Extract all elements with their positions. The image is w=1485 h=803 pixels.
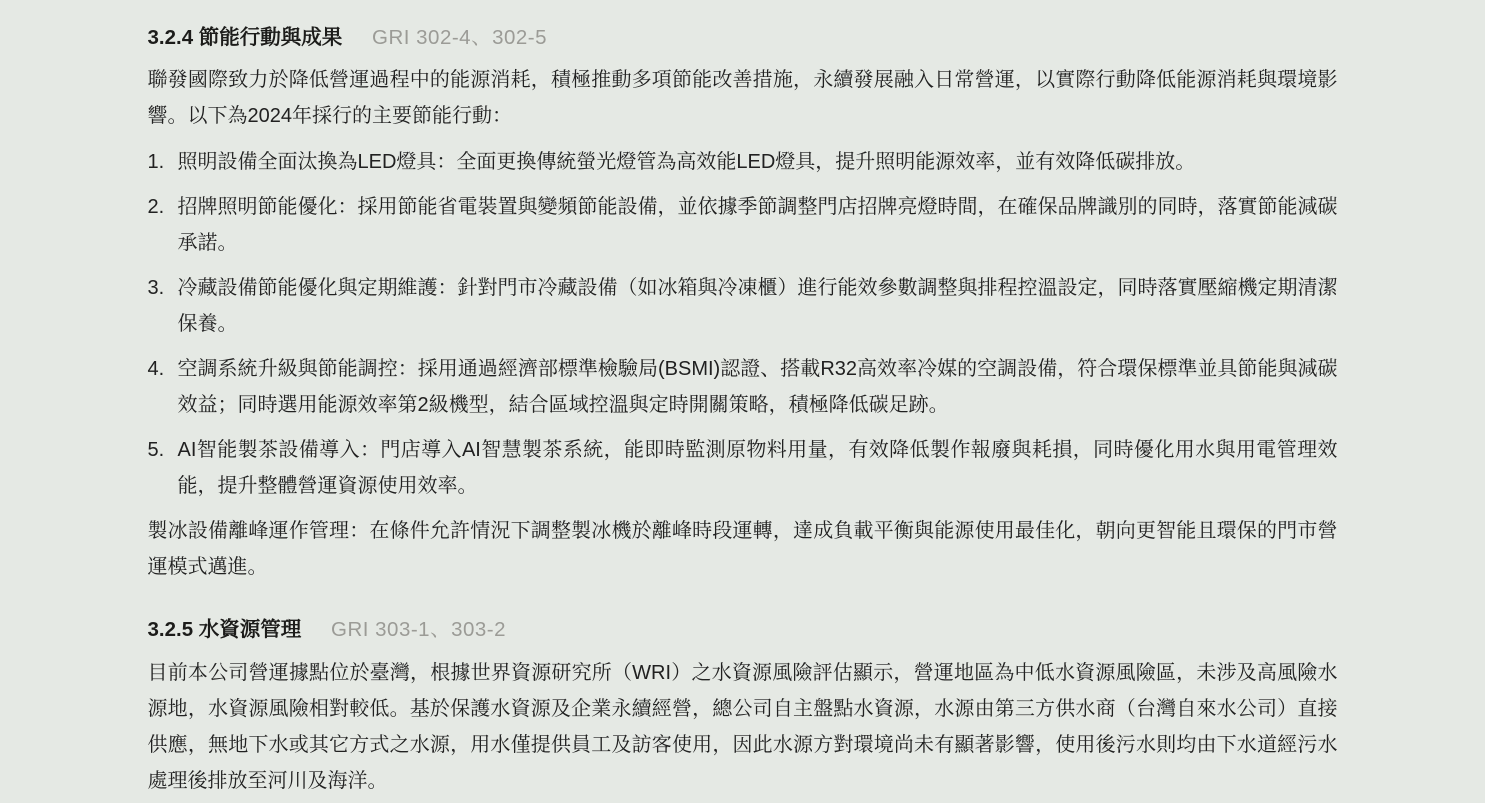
list-item-text: 冷藏設備節能優化與定期維護：針對門市冷藏設備（如冰箱與冷凍櫃）進行能效參數調整與… — [178, 277, 1338, 335]
gri-reference-badge: GRI 303-1、303-2 — [331, 618, 506, 641]
list-item-number: 5. — [148, 432, 165, 468]
energy-actions-list: 1. 照明設備全面汰換為LED燈具：全面更換傳統螢光燈管為高效能LED燈具，提升… — [148, 144, 1338, 504]
section-intro-paragraph: 目前本公司營運據點位於臺灣，根據世界資源研究所（WRI）之水資源風險評估顯示，營… — [148, 655, 1338, 799]
section-water-management: 3.2.5 水資源管理 GRI 303-1、303-2 目前本公司營運據點位於臺… — [148, 618, 1338, 799]
section-title: 3.2.5 水資源管理 — [148, 618, 302, 641]
list-item-text: 空調系統升級與節能調控：採用通過經濟部標準檢驗局(BSMI)認證、搭載R32高效… — [178, 358, 1338, 416]
list-item-number: 2. — [148, 189, 165, 225]
list-item: 4. 空調系統升級與節能調控：採用通過經濟部標準檢驗局(BSMI)認證、搭載R3… — [148, 351, 1338, 423]
gri-reference-badge: GRI 302-4、302-5 — [372, 26, 547, 49]
section-intro-paragraph: 聯發國際致力於降低營運過程中的能源消耗，積極推動多項節能改善措施，永續發展融入日… — [148, 62, 1338, 134]
list-item-number: 4. — [148, 351, 165, 387]
section-outro-paragraph: 製冰設備離峰運作管理：在條件允許情況下調整製冰機於離峰時段運轉，達成負載平衡與能… — [148, 513, 1338, 585]
report-page: 3.2.4 節能行動與成果 GRI 302-4、302-5 聯發國際致力於降低營… — [148, 0, 1338, 799]
list-item: 5. AI智能製茶設備導入：門店導入AI智慧製茶系統，能即時監測原物料用量，有效… — [148, 432, 1338, 504]
list-item: 1. 照明設備全面汰換為LED燈具：全面更換傳統螢光燈管為高效能LED燈具，提升… — [148, 144, 1338, 180]
list-item: 2. 招牌照明節能優化：採用節能省電裝置與變頻節能設備，並依據季節調整門店招牌亮… — [148, 189, 1338, 261]
section-heading-324: 3.2.4 節能行動與成果 GRI 302-4、302-5 — [148, 26, 1338, 50]
list-item-number: 3. — [148, 270, 165, 306]
list-item-text: 招牌照明節能優化：採用節能省電裝置與變頻節能設備，並依據季節調整門店招牌亮燈時間… — [178, 196, 1338, 254]
section-heading-325: 3.2.5 水資源管理 GRI 303-1、303-2 — [148, 618, 1338, 642]
list-item-text: 照明設備全面汰換為LED燈具：全面更換傳統螢光燈管為高效能LED燈具，提升照明能… — [178, 151, 1196, 173]
section-energy-actions: 3.2.4 節能行動與成果 GRI 302-4、302-5 聯發國際致力於降低營… — [148, 26, 1338, 585]
section-title: 3.2.4 節能行動與成果 — [148, 26, 343, 49]
list-item-number: 1. — [148, 144, 165, 180]
list-item: 3. 冷藏設備節能優化與定期維護：針對門市冷藏設備（如冰箱與冷凍櫃）進行能效參數… — [148, 270, 1338, 342]
list-item-text: AI智能製茶設備導入：門店導入AI智慧製茶系統，能即時監測原物料用量，有效降低製… — [178, 439, 1338, 497]
